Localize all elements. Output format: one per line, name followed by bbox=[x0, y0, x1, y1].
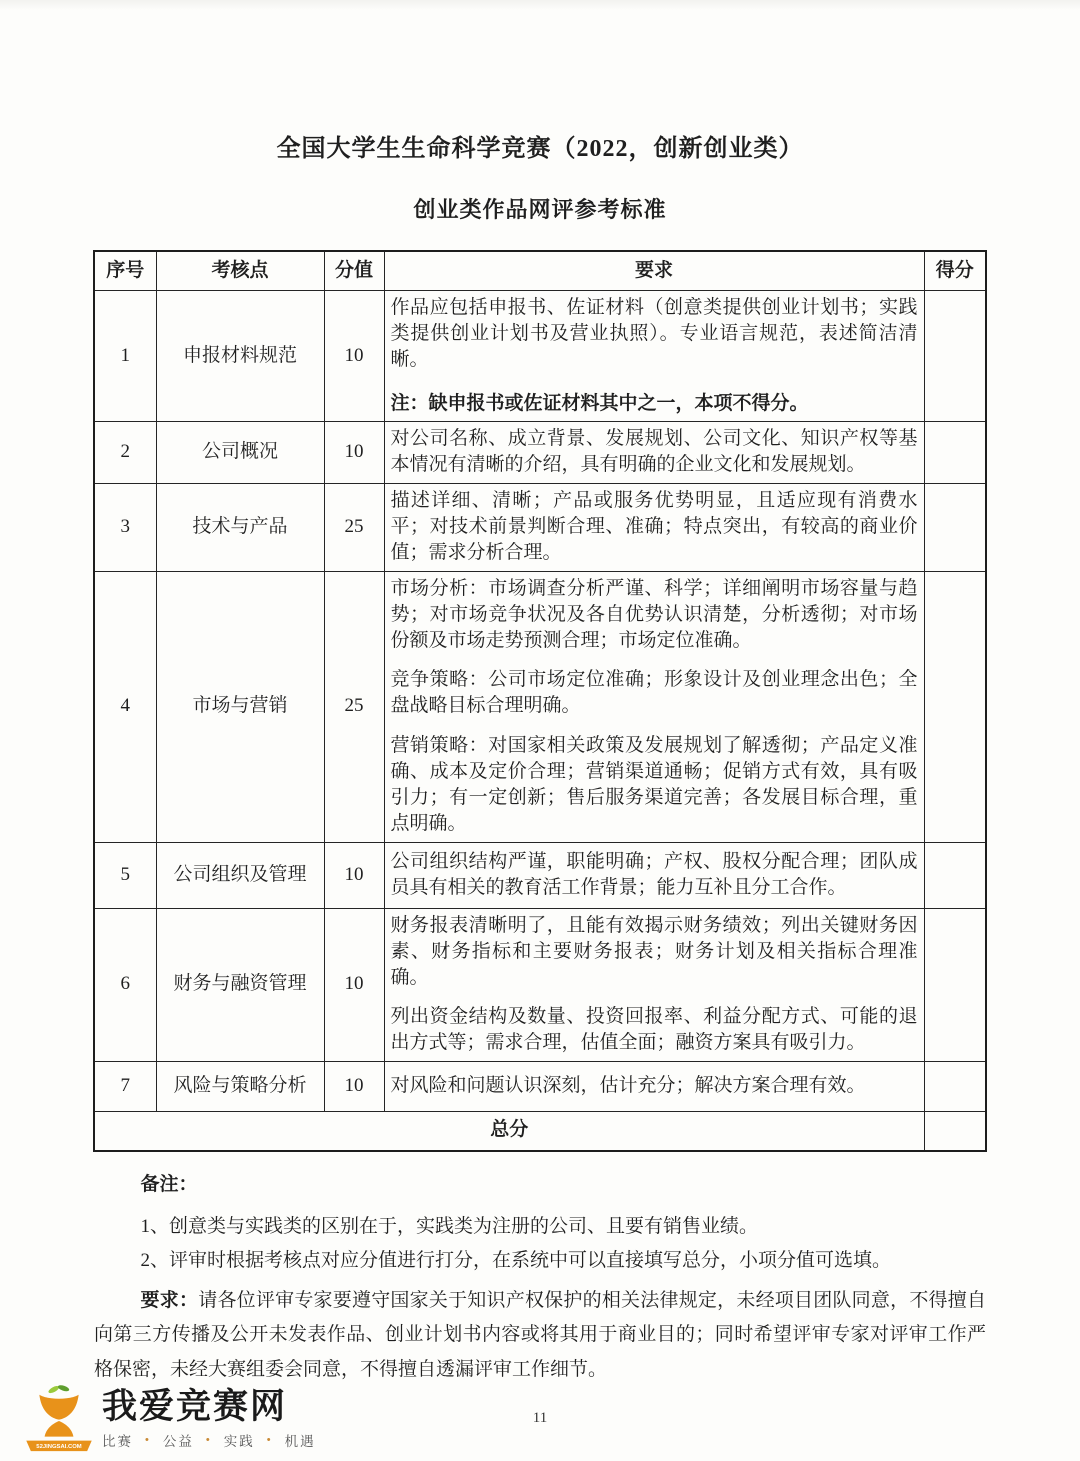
table-row: 5 公司组织及管理 10 公司组织结构严谨，职能明确；产权、股权分配合理；团队成… bbox=[94, 842, 986, 908]
requirement-paragraph: 财务报表清晰明了，且能有效揭示财务绩效；列出关键财务因素、财务指标和主要财务报表… bbox=[391, 913, 918, 992]
row-assessment-point: 技术与产品 bbox=[156, 483, 324, 571]
earned-score-cell bbox=[924, 1061, 986, 1111]
tagline-separator-dot: • bbox=[206, 1434, 212, 1446]
table-row: 6 财务与融资管理 10 财务报表清晰明了，且能有效揭示财务绩效；列出关键财务因… bbox=[94, 908, 986, 1061]
earned-score-cell bbox=[924, 908, 986, 1061]
row-index: 7 bbox=[94, 1061, 156, 1111]
requirement-paragraph: 公司组织结构严谨，职能明确；产权、股权分配合理；团队成员具有相关的教育活工作背景… bbox=[391, 849, 918, 901]
reviewer-requirement-paragraph: 要求：请各位评审专家要遵守国家关于知识产权保护的相关法律规定，未经项目团队同意，… bbox=[94, 1284, 986, 1387]
row-score-value: 25 bbox=[324, 571, 384, 842]
logo-tagline: 比赛 • 公益 • 实践 • 机遇 bbox=[102, 1430, 316, 1450]
col-header-earned-score: 得分 bbox=[924, 251, 986, 291]
row-score-value: 10 bbox=[324, 842, 384, 908]
tagline-separator-dot: • bbox=[145, 1434, 151, 1446]
col-header-requirement: 要求 bbox=[384, 251, 924, 291]
row-index: 5 bbox=[94, 842, 156, 908]
notes-heading: 备注： bbox=[94, 1168, 986, 1202]
row-score-value: 25 bbox=[324, 483, 384, 571]
earned-score-cell bbox=[924, 421, 986, 483]
table-header-row: 序号 考核点 分值 要求 得分 bbox=[94, 251, 986, 291]
row-requirement: 描述详细、清晰；产品或服务优势明显，且适应现有消费水平；对技术前景判断合理、准确… bbox=[384, 483, 924, 571]
requirement-paragraph: 对风险和问题认识深刻，估计充分；解决方案合理有效。 bbox=[391, 1073, 918, 1099]
row-index: 4 bbox=[94, 571, 156, 842]
requirement-note: 注：缺申报书或佐证材料其中之一，本项不得分。 bbox=[391, 391, 918, 417]
page-number: 11 bbox=[0, 1410, 1080, 1427]
table-row: 1 申报材料规范 10 作品应包括申报书、佐证材料（创意类提供创业计划书；实践类… bbox=[94, 291, 986, 422]
requirement-paragraph: 作品应包括申报书、佐证材料（创意类提供创业计划书；实践类提供创业计划书及营业执照… bbox=[391, 295, 918, 374]
row-assessment-point: 风险与策略分析 bbox=[156, 1061, 324, 1111]
logo-ribbon-text: 52JINGSAI.COM bbox=[36, 1444, 81, 1450]
row-requirement: 财务报表清晰明了，且能有效揭示财务绩效；列出关键财务因素、财务指标和主要财务报表… bbox=[384, 908, 924, 1061]
requirement-paragraph: 列出资金结构及数量、投资回报率、利益分配方式、可能的退出方式等；需求合理，估值全… bbox=[391, 1004, 918, 1056]
note-item-2: 2、评审时根据考核点对应分值进行打分，在系统中可以直接填写总分，小项分值可选填。 bbox=[94, 1244, 986, 1278]
earned-score-cell bbox=[924, 291, 986, 422]
row-requirement: 对风险和问题认识深刻，估计充分；解决方案合理有效。 bbox=[384, 1061, 924, 1111]
row-index: 2 bbox=[94, 421, 156, 483]
tagline-item: 实践 bbox=[224, 1430, 255, 1450]
row-requirement: 公司组织结构严谨，职能明确；产权、股权分配合理；团队成员具有相关的教育活工作背景… bbox=[384, 842, 924, 908]
row-assessment-point: 市场与营销 bbox=[156, 571, 324, 842]
col-header-score-value: 分值 bbox=[324, 251, 384, 291]
requirement-paragraph: 市场分析：市场调查分析严谨、科学；详细阐明市场容量与趋势；对市场竞争状况及各自优… bbox=[391, 576, 918, 655]
tagline-item: 机遇 bbox=[285, 1430, 316, 1450]
document-subtitle: 创业类作品网评参考标准 bbox=[0, 193, 1080, 224]
row-assessment-point: 申报材料规范 bbox=[156, 291, 324, 422]
document-page: 全国大学生生命科学竞赛（2022，创新创业类） 创业类作品网评参考标准 序号 考… bbox=[0, 0, 1080, 1461]
table-row: 3 技术与产品 25 描述详细、清晰；产品或服务优势明显，且适应现有消费水平；对… bbox=[94, 483, 986, 571]
requirement-paragraph: 营销策略：对国家相关政策及发展规划了解透彻；产品定义准确、成本及定价合理；营销渠… bbox=[391, 733, 918, 838]
table-row: 7 风险与策略分析 10 对风险和问题认识深刻，估计充分；解决方案合理有效。 bbox=[94, 1061, 986, 1111]
document-title: 全国大学生生命科学竞赛（2022，创新创业类） bbox=[0, 128, 1080, 163]
row-score-value: 10 bbox=[324, 1061, 384, 1111]
requirement-paragraph: 描述详细、清晰；产品或服务优势明显，且适应现有消费水平；对技术前景判断合理、准确… bbox=[391, 488, 918, 567]
earned-score-cell bbox=[924, 842, 986, 908]
requirement-paragraph: 竞争策略：公司市场定位准确；形象设计及创业理念出色；全盘战略目标合理明确。 bbox=[391, 667, 918, 719]
row-index: 3 bbox=[94, 483, 156, 571]
tagline-item: 公益 bbox=[163, 1430, 194, 1450]
reviewer-requirement-label: 要求： bbox=[141, 1290, 199, 1311]
earned-score-cell bbox=[924, 571, 986, 842]
total-earned-score-cell bbox=[924, 1111, 986, 1151]
tagline-item: 比赛 bbox=[102, 1430, 133, 1450]
row-score-value: 10 bbox=[324, 908, 384, 1061]
row-score-value: 10 bbox=[324, 291, 384, 422]
earned-score-cell bbox=[924, 483, 986, 571]
row-requirement: 市场分析：市场调查分析严谨、科学；详细阐明市场容量与趋势；对市场竞争状况及各自优… bbox=[384, 571, 924, 842]
row-score-value: 10 bbox=[324, 421, 384, 483]
evaluation-rubric-table: 序号 考核点 分值 要求 得分 1 申报材料规范 10 作品应包括申报书、佐证材… bbox=[93, 250, 987, 1152]
note-item-1: 1、创意类与实践类的区别在于，实践类为注册的公司、且要有销售业绩。 bbox=[94, 1210, 986, 1244]
table-row: 4 市场与营销 25 市场分析：市场调查分析严谨、科学；详细阐明市场容量与趋势；… bbox=[94, 571, 986, 842]
total-score-label: 总分 bbox=[94, 1111, 924, 1151]
row-assessment-point: 公司概况 bbox=[156, 421, 324, 483]
row-index: 1 bbox=[94, 291, 156, 422]
tagline-separator-dot: • bbox=[267, 1434, 273, 1446]
total-row: 总分 bbox=[94, 1111, 986, 1151]
notes-section: 备注： 1、创意类与实践类的区别在于，实践类为注册的公司、且要有销售业绩。 2、… bbox=[94, 1168, 986, 1387]
requirement-paragraph: 对公司名称、成立背景、发展规划、公司文化、知识产权等基本情况有清晰的介绍，具有明… bbox=[391, 426, 918, 478]
col-header-assessment-point: 考核点 bbox=[156, 251, 324, 291]
col-header-index: 序号 bbox=[94, 251, 156, 291]
row-index: 6 bbox=[94, 908, 156, 1061]
row-assessment-point: 财务与融资管理 bbox=[156, 908, 324, 1061]
table-row: 2 公司概况 10 对公司名称、成立背景、发展规划、公司文化、知识产权等基本情况… bbox=[94, 421, 986, 483]
row-assessment-point: 公司组织及管理 bbox=[156, 842, 324, 908]
row-requirement: 对公司名称、成立背景、发展规划、公司文化、知识产权等基本情况有清晰的介绍，具有明… bbox=[384, 421, 924, 483]
reviewer-requirement-text: 请各位评审专家要遵守国家关于知识产权保护的相关法律规定，未经项目团队同意，不得擅… bbox=[94, 1290, 986, 1379]
row-requirement: 作品应包括申报书、佐证材料（创意类提供创业计划书；实践类提供创业计划书及营业执照… bbox=[384, 291, 924, 422]
